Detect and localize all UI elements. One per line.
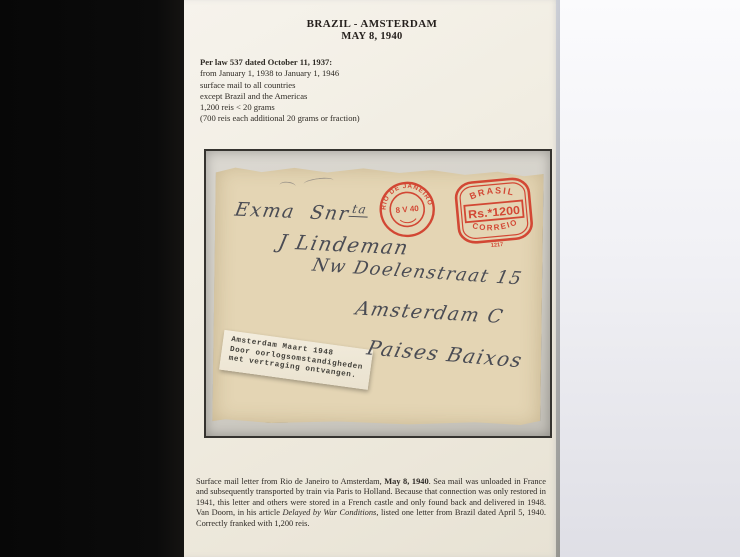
- black-backdrop: [0, 0, 184, 557]
- address-line-salutation: Exma Snrta: [233, 197, 370, 226]
- rate-note-line: (700 reis each additional 20 grams or fr…: [200, 113, 360, 124]
- datestamp-arc-ornament: [400, 219, 416, 224]
- rate-note-line: except Brazil and the Americas: [200, 91, 360, 102]
- envelope: RIO DE JANEIRO 8 V 40 BRASIL: [212, 165, 544, 428]
- title-route: BRAZIL - AMSTERDAM: [184, 18, 560, 30]
- rate-note: Per law 537 dated October 11, 1937: from…: [200, 57, 360, 125]
- rate-note-line: from January 1, 1938 to January 1, 1946: [200, 68, 360, 79]
- caption-date-bold: May 8, 1940: [384, 477, 428, 486]
- rate-note-line: Per law 537 dated October 11, 1937:: [200, 57, 360, 68]
- datestamp-date-text: 8 V 40: [395, 204, 419, 215]
- frank-machine-number: 1217: [491, 242, 504, 249]
- address-line-name: J Lindeman: [276, 229, 411, 259]
- pencil-mark: [279, 181, 296, 190]
- pencil-mark: [303, 176, 334, 188]
- address-salutation-text: Exma Snr: [233, 199, 351, 225]
- adjacent-page: [560, 0, 740, 557]
- address-line-country: Paises Baixos: [365, 336, 526, 373]
- address-salutation-superscript: ta: [349, 202, 371, 218]
- caption-article-title: Delayed by War Conditions: [282, 508, 376, 517]
- rate-note-line: surface mail to all countries: [200, 80, 360, 91]
- cover-mount: RIO DE JANEIRO 8 V 40 BRASIL: [204, 149, 552, 438]
- page-edge-shadow: [556, 0, 560, 557]
- address-line-city: Amsterdam C: [354, 298, 507, 328]
- caption: Surface mail letter from Rio de Janeiro …: [196, 477, 546, 529]
- meter-frank-icon: BRASIL Rs.*1200 CORREIO 1217: [452, 173, 536, 254]
- delay-label: Amsterdam Maart 1948 Door oorlogsomstand…: [219, 330, 373, 390]
- rate-note-line: 1,200 reis < 20 grams: [200, 102, 360, 113]
- rio-datestamp-icon: RIO DE JANEIRO 8 V 40: [376, 178, 439, 241]
- address-line-street: Nw Doelenstraat 15: [310, 255, 524, 290]
- exhibit-title: BRAZIL - AMSTERDAM MAY 8, 1940: [184, 18, 560, 42]
- caption-text: Surface mail letter from Rio de Janeiro …: [196, 477, 384, 486]
- title-date: MAY 8, 1940: [184, 31, 560, 42]
- photo-scene: BRAZIL - AMSTERDAM MAY 8, 1940 Per law 5…: [0, 0, 740, 557]
- album-page: BRAZIL - AMSTERDAM MAY 8, 1940 Per law 5…: [184, 0, 560, 557]
